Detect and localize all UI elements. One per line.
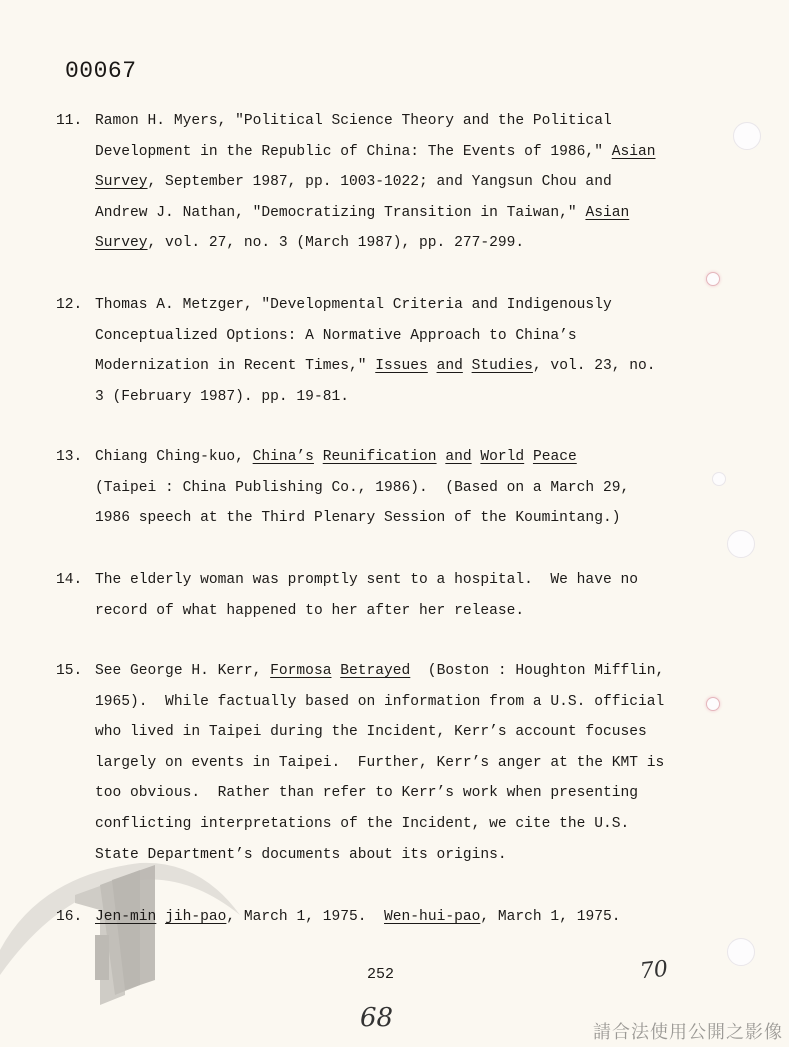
- footnote-text: , March 1, 1975.: [480, 909, 620, 925]
- footnote-line: largely on events in Taipei. Further, Ke…: [56, 748, 664, 779]
- footnote-line: Development in the Republic of China: Th…: [56, 137, 656, 168]
- footnote-15: 15.See George H. Kerr, Formosa Betrayed …: [56, 656, 664, 870]
- footnote-text: (Boston : Houghton Mifflin,: [410, 663, 664, 679]
- footnote-text: Modernization in Recent Times,": [95, 358, 375, 374]
- footnote-text: , vol. 27, no. 3 (March 1987), pp. 277-2…: [148, 235, 525, 251]
- punch-hole-icon: [727, 530, 755, 558]
- footnote-12: 12.Thomas A. Metzger, "Developmental Cri…: [56, 290, 656, 412]
- underlined-title: Survey: [95, 174, 148, 190]
- underlined-title: Jen-min: [95, 909, 156, 925]
- footnote-line: 12.Thomas A. Metzger, "Developmental Cri…: [56, 290, 656, 321]
- underlined-title: Peace: [533, 449, 577, 465]
- footnote-text: [524, 449, 533, 465]
- footnote-11: 11.Ramon H. Myers, "Political Science Th…: [56, 106, 656, 259]
- footnote-line: 3 (February 1987). pp. 19-81.: [56, 382, 656, 413]
- underlined-title: World: [480, 449, 524, 465]
- punch-hole-icon: [733, 122, 761, 150]
- footnote-line: Conceptualized Options: A Normative Appr…: [56, 321, 656, 352]
- footnote-text: , vol. 23, no.: [533, 358, 656, 374]
- footnote-text: [463, 358, 472, 374]
- footnote-text: Conceptualized Options: A Normative Appr…: [95, 328, 577, 344]
- underlined-title: Reunification: [323, 449, 437, 465]
- footnote-text: Development in the Republic of China: Th…: [95, 144, 612, 160]
- footnote-line: 13.Chiang Ching-kuo, China’s Reunificati…: [56, 442, 629, 473]
- footnote-line: State Department’s documents about its o…: [56, 840, 664, 871]
- footnote-16: 16.Jen-min jih-pao, March 1, 1975. Wen-h…: [56, 902, 621, 933]
- footnote-text: largely on events in Taipei. Further, Ke…: [95, 755, 664, 771]
- punch-hole-icon: [706, 697, 720, 711]
- footnote-line: 1986 speech at the Third Plenary Session…: [56, 503, 629, 534]
- punch-hole-icon: [712, 472, 726, 486]
- handwritten-number-bottom: 68: [360, 1003, 393, 1033]
- punch-hole-icon: [727, 938, 755, 966]
- underlined-title: Studies: [472, 358, 533, 374]
- footnote-text: Andrew J. Nathan, "Democratizing Transit…: [95, 205, 585, 221]
- footnote-line: record of what happened to her after her…: [56, 596, 638, 627]
- footnote-text: State Department’s documents about its o…: [95, 847, 507, 863]
- footnote-text: 1986 speech at the Third Plenary Session…: [95, 510, 620, 526]
- footnote-text: [314, 449, 323, 465]
- document-number: 00067: [65, 58, 137, 84]
- footnote-text: [428, 358, 437, 374]
- underlined-title: Formosa: [270, 663, 331, 679]
- underlined-title: Asian: [612, 144, 656, 160]
- footnote-text: The elderly woman was promptly sent to a…: [95, 572, 638, 588]
- footnote-line: 15.See George H. Kerr, Formosa Betrayed …: [56, 656, 664, 687]
- footnote-number: 15.: [56, 656, 95, 687]
- footnote-line: conflicting interpretations of the Incid…: [56, 809, 664, 840]
- footnote-number: 12.: [56, 290, 95, 321]
- footnote-line: 16.Jen-min jih-pao, March 1, 1975. Wen-h…: [56, 902, 621, 933]
- footnote-line: who lived in Taipei during the Incident,…: [56, 717, 664, 748]
- footnote-text: too obvious. Rather than refer to Kerr’s…: [95, 785, 638, 801]
- footnote-text: (Taipei : China Publishing Co., 1986). (…: [95, 480, 629, 496]
- footnote-line: Andrew J. Nathan, "Democratizing Transit…: [56, 198, 656, 229]
- footnote-text: 3 (February 1987). pp. 19-81.: [95, 389, 349, 405]
- footnote-number: 16.: [56, 902, 95, 933]
- footnote-text: [331, 663, 340, 679]
- footnote-line: Survey, September 1987, pp. 1003-1022; a…: [56, 167, 656, 198]
- footnote-line: 14.The elderly woman was promptly sent t…: [56, 565, 638, 596]
- underlined-title: Survey: [95, 235, 148, 251]
- underlined-title: China’s: [253, 449, 314, 465]
- usage-watermark: 請合法使用公開之影像: [593, 1018, 783, 1044]
- footnote-line: Modernization in Recent Times," Issues a…: [56, 351, 656, 382]
- page-number: 252: [367, 966, 394, 983]
- footnote-number: 14.: [56, 565, 95, 596]
- footnote-text: , March 1, 1975.: [226, 909, 384, 925]
- footnote-number: 11.: [56, 106, 95, 137]
- document-page: 00067 11.Ramon H. Myers, "Political Scie…: [0, 0, 789, 1047]
- underlined-title: Wen-hui-pao: [384, 909, 480, 925]
- footnote-14: 14.The elderly woman was promptly sent t…: [56, 565, 638, 626]
- underlined-title: and: [437, 358, 463, 374]
- footnote-text: who lived in Taipei during the Incident,…: [95, 724, 647, 740]
- footnote-text: 1965). While factually based on informat…: [95, 694, 664, 710]
- punch-hole-icon: [706, 272, 720, 286]
- footnote-text: conflicting interpretations of the Incid…: [95, 816, 629, 832]
- footnote-text: , September 1987, pp. 1003-1022; and Yan…: [148, 174, 612, 190]
- footnote-line: 1965). While factually based on informat…: [56, 687, 664, 718]
- underlined-title: Betrayed: [340, 663, 410, 679]
- footnote-line: Survey, vol. 27, no. 3 (March 1987), pp.…: [56, 228, 656, 259]
- footnote-text: See George H. Kerr,: [95, 663, 270, 679]
- footnote-line: (Taipei : China Publishing Co., 1986). (…: [56, 473, 629, 504]
- footnote-text: Thomas A. Metzger, "Developmental Criter…: [95, 297, 612, 313]
- underlined-title: Asian: [585, 205, 629, 221]
- footnote-line: too obvious. Rather than refer to Kerr’s…: [56, 778, 664, 809]
- footnote-text: Ramon H. Myers, "Political Science Theor…: [95, 113, 612, 129]
- footnote-number: 13.: [56, 442, 95, 473]
- footnote-text: [156, 909, 165, 925]
- footnote-line: 11.Ramon H. Myers, "Political Science Th…: [56, 106, 656, 137]
- underlined-title: Issues: [375, 358, 428, 374]
- footnote-text: record of what happened to her after her…: [95, 603, 524, 619]
- underlined-title: and: [445, 449, 471, 465]
- handwritten-number-top: 70: [639, 957, 669, 985]
- footnote-13: 13.Chiang Ching-kuo, China’s Reunificati…: [56, 442, 629, 534]
- footnote-text: Chiang Ching-kuo,: [95, 449, 253, 465]
- underlined-title: jih-pao: [165, 909, 226, 925]
